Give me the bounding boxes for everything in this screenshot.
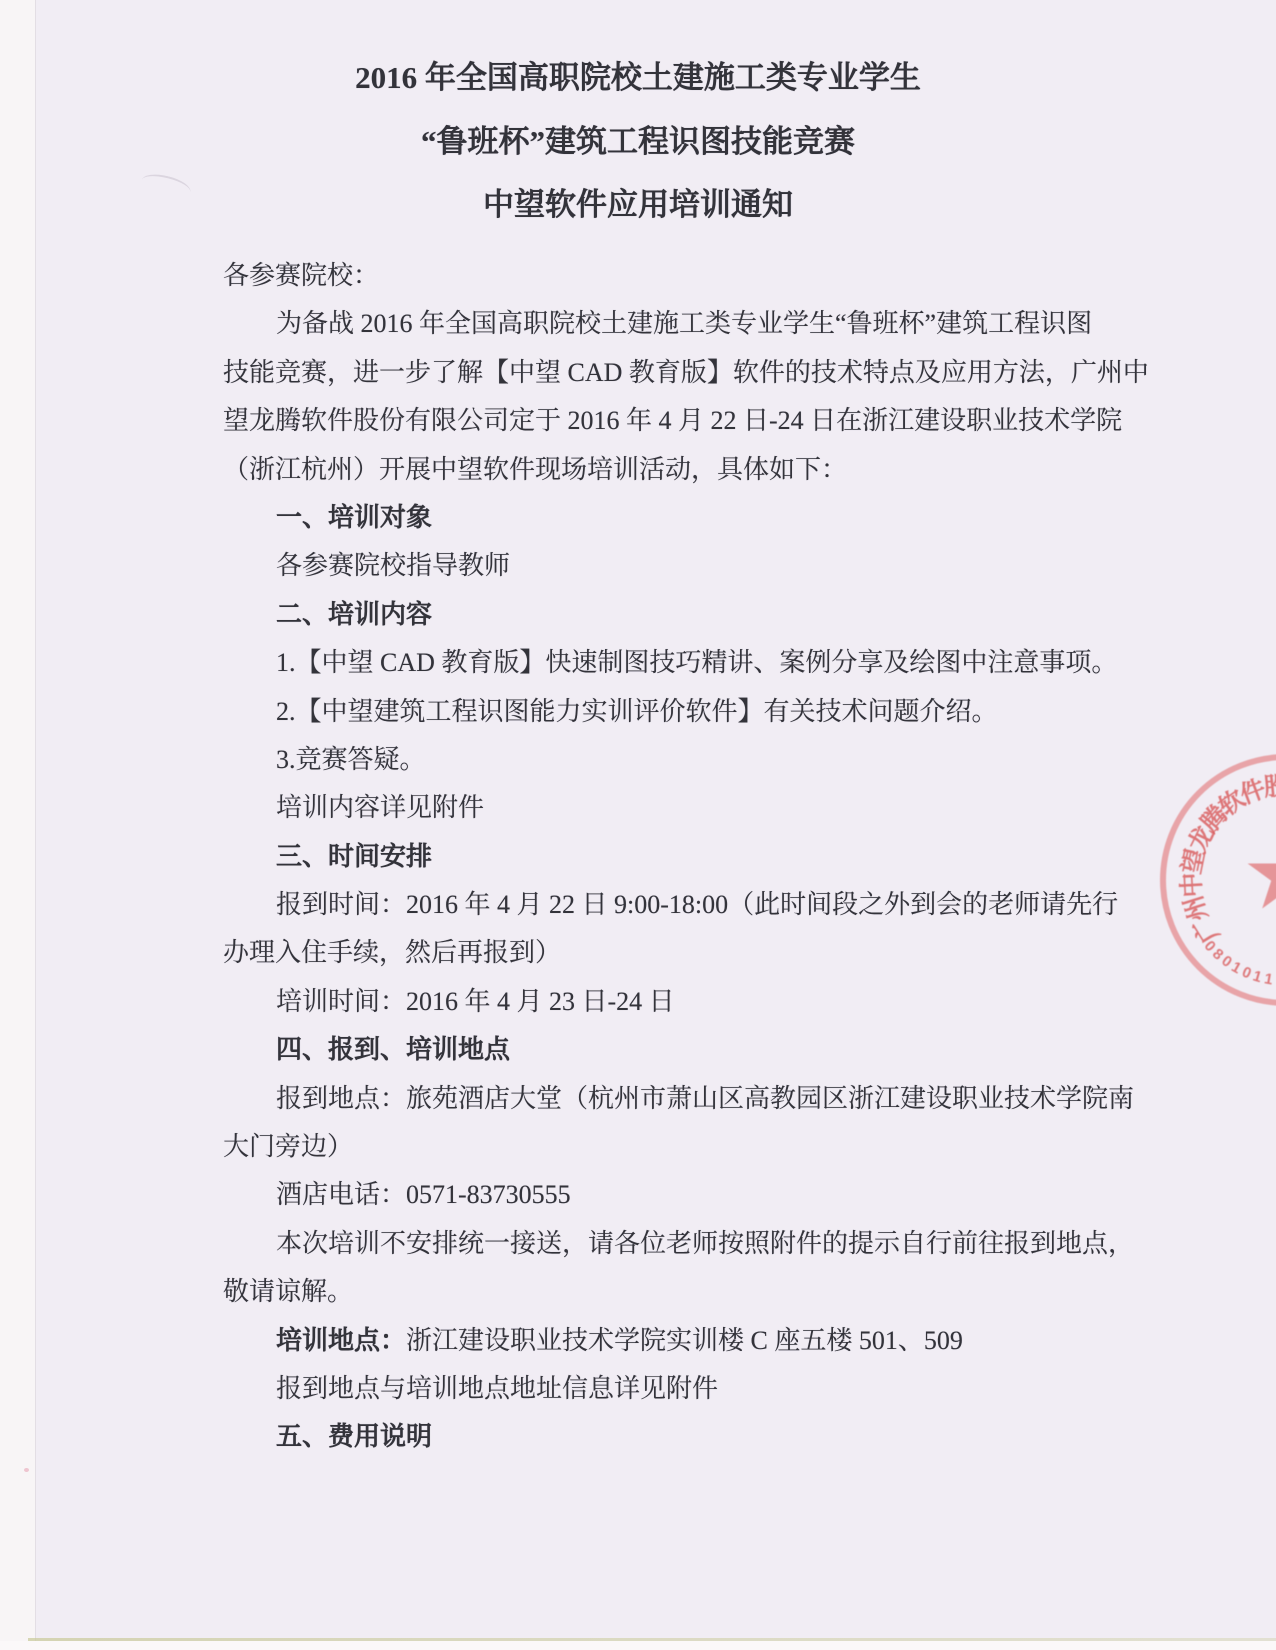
bold-label: 培训地点： — [276, 1326, 406, 1355]
section-heading: 五、费用说明 — [223, 1413, 1053, 1461]
salutation-line: 各参赛院校： — [223, 252, 1053, 300]
title-line: “鲁班杯”建筑工程识图技能竞赛 — [223, 110, 1053, 174]
paper-bottom-edge — [28, 1638, 1276, 1641]
scanner-bottom-margin — [0, 1641, 1276, 1650]
scan-artifact — [139, 170, 192, 202]
title-line: 中望软件应用培训通知 — [223, 173, 1053, 237]
body-line: 2.【中望建筑工程识图能力实训评价软件】有关技术问题介绍。 — [223, 688, 1053, 736]
body-line: 报到时间：2016 年 4 月 22 日 9:00-18:00（此时间段之外到会… — [223, 881, 1053, 929]
body-line: 培训时间：2016 年 4 月 23 日-24 日 — [223, 978, 1053, 1026]
scan-artifact — [24, 1468, 29, 1472]
body-line: 培训内容详见附件 — [223, 784, 1053, 832]
section-heading: 四、报到、培训地点 — [223, 1026, 1053, 1074]
company-seal-stamp: 广 州 中 望 龙 腾 软 件 股 份 1 1 0 1 0 8 0 ★ — [1160, 754, 1276, 1006]
body-line: （浙江杭州）开展中望软件现场培训活动，具体如下： — [223, 446, 1053, 494]
body-line: 报到地点与培训地点地址信息详见附件 — [223, 1365, 1053, 1413]
scanner-left-margin — [0, 0, 36, 1650]
document-body: 各参赛院校： 为备战 2016 年全国高职院校土建施工类专业学生“鲁班杯”建筑工… — [223, 252, 1053, 1462]
body-line: 1.【中望 CAD 教育版】快速制图技巧精讲、案例分享及绘图中注意事项。 — [223, 639, 1053, 687]
body-line: 各参赛院校指导教师 — [223, 542, 1053, 590]
document-title: 2016 年全国高职院校土建施工类专业学生 “鲁班杯”建筑工程识图技能竞赛 中望… — [223, 46, 1053, 237]
section-heading: 三、时间安排 — [223, 833, 1053, 881]
scanned-notice-page: 2016 年全国高职院校土建施工类专业学生 “鲁班杯”建筑工程识图技能竞赛 中望… — [0, 0, 1276, 1650]
body-line: 办理入住手续，然后再报到） — [223, 929, 1053, 977]
body-line: 敬请谅解。 — [223, 1268, 1053, 1316]
body-line: 本次培训不安排统一接送，请各位老师按照附件的提示自行前往报到地点， — [223, 1220, 1053, 1268]
body-line: 为备战 2016 年全国高职院校土建施工类专业学生“鲁班杯”建筑工程识图 — [223, 300, 1053, 348]
title-line: 2016 年全国高职院校土建施工类专业学生 — [223, 46, 1053, 110]
body-line-text: 浙江建设职业技术学院实训楼 C 座五楼 501、509 — [406, 1326, 963, 1355]
body-line: 大门旁边） — [223, 1123, 1053, 1171]
body-line: 酒店电话：0571-83730555 — [223, 1171, 1053, 1219]
section-heading: 二、培训内容 — [223, 591, 1053, 639]
body-line: 3.竞赛答疑。 — [223, 736, 1053, 784]
star-icon: ★ — [1241, 825, 1276, 925]
section-heading: 一、培训对象 — [223, 494, 1053, 542]
body-line: 报到地点：旅苑酒店大堂（杭州市萧山区高教园区浙江建设职业技术学院南 — [223, 1075, 1053, 1123]
body-line: 望龙腾软件股份有限公司定于 2016 年 4 月 22 日-24 日在浙江建设职… — [223, 397, 1053, 445]
body-line: 技能竞赛，进一步了解【中望 CAD 教育版】软件的技术特点及应用方法，广州中 — [223, 349, 1053, 397]
body-line: 培训地点：浙江建设职业技术学院实训楼 C 座五楼 501、509 — [223, 1317, 1053, 1365]
